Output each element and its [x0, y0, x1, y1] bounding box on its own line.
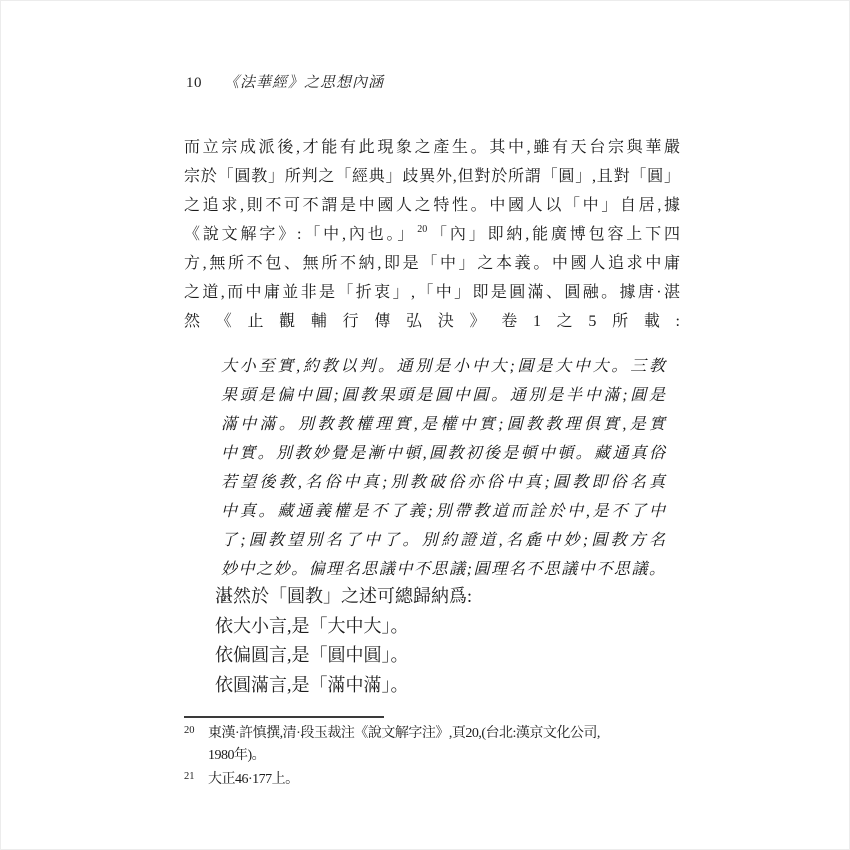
body-paragraph: 而立宗成派後,才能有此現象之產生。其中,雖有天台宗與華嚴 宗於「圓教」所判之「經… [184, 104, 680, 336]
footnote-ref-20: 20 [416, 224, 428, 235]
quote-block: 大小至實,約教以判。通別是小中大;圓是大中大。三教 果頭是偏中圓;圓教果頭是圓中… [221, 323, 665, 613]
book-title: 《法華經》之思想內涵 [224, 71, 384, 92]
footnote-separator [184, 716, 384, 718]
footnote-text-21: 大正46·177上。 [208, 769, 674, 791]
footnote-list: 20 東漢·許慎撰,清·段玉裁注《說文解字注》,頁20,(台北:漢京文化公司, … [184, 723, 674, 793]
summary-paragraph: 湛然於「圓教」之述可總歸納爲: 依大小言,是「大中大」。 依偏圓言,是「圓中圓」… [215, 582, 685, 700]
quote-text: 大小至實,約教以判。通別是小中大;圓是大中大。三教 果頭是偏中圓;圓教果頭是圓中… [221, 358, 665, 578]
footnote-item-21: 21 大正46·177上。 [184, 769, 674, 791]
book-page-scan: 10 《法華經》之思想內涵 而立宗成派後,才能有此現象之產生。其中,雖有天台宗與… [0, 0, 850, 850]
footnote-item-20: 20 東漢·許慎撰,清·段玉裁注《說文解字注》,頁20,(台北:漢京文化公司, … [184, 723, 674, 767]
page-number: 10 [186, 75, 202, 92]
footnote-marker-21: 21 [184, 769, 208, 785]
running-header: 10 《法華經》之思想內涵 [186, 71, 384, 92]
footnote-marker-20: 20 [184, 723, 208, 739]
footnote-text-20: 東漢·許慎撰,清·段玉裁注《說文解字注》,頁20,(台北:漢京文化公司, 198… [208, 723, 674, 767]
